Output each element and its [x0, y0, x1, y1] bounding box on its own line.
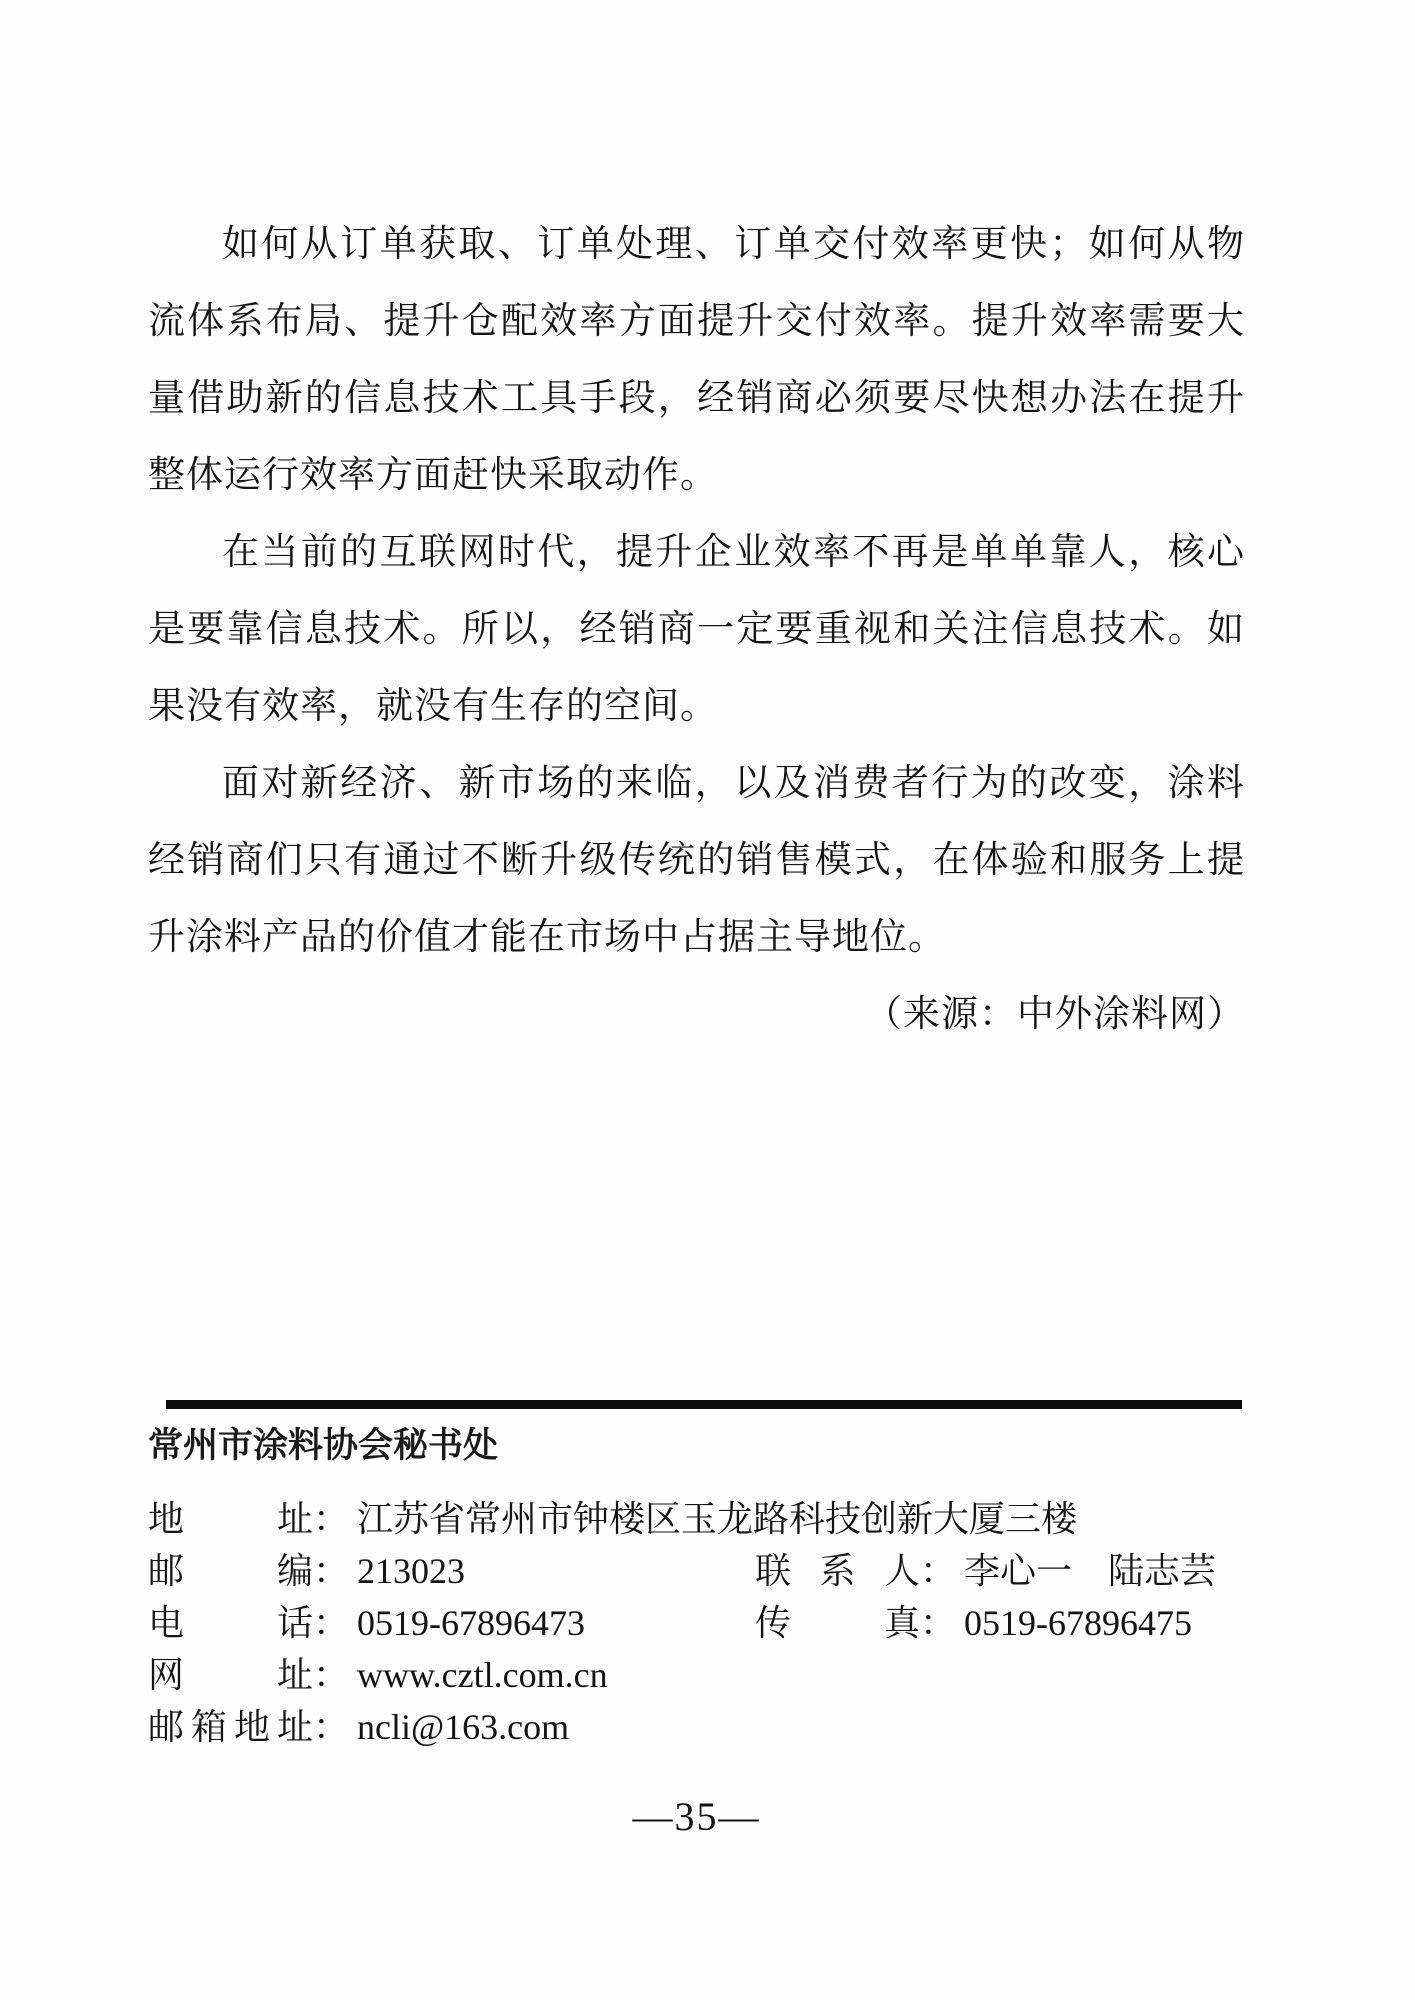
contact-label: 邮编 [148, 1545, 313, 1597]
contact-row-phone: 电话：0519-67896473 传真：0519-67896475 [148, 1597, 1245, 1649]
contact-value: 江苏省常州市钟楼区玉龙路科技创新大厦三楼 [357, 1493, 1077, 1545]
footer-divider [166, 1400, 1242, 1409]
contact-cell: 电话：0519-67896473 [148, 1597, 755, 1649]
contact-cell: 邮箱地址：ncli@163.com [148, 1701, 755, 1753]
page-number: —35— [148, 1792, 1245, 1842]
contact-cell: 地址：江苏省常州市钟楼区玉龙路科技创新大厦三楼 [148, 1493, 1077, 1545]
contact-label: 网址 [148, 1649, 313, 1701]
org-name: 常州市涂料协会秘书处 [148, 1423, 1245, 1469]
contact-label: 地址 [148, 1493, 313, 1545]
contact-value: 0519-67896475 [964, 1597, 1192, 1649]
colon: ： [313, 1545, 349, 1597]
contact-cell: 网址：www.cztl.com.cn [148, 1649, 755, 1701]
footer-contact-block: 常州市涂料协会秘书处 地址：江苏省常州市钟楼区玉龙路科技创新大厦三楼 邮编：21… [148, 1400, 1245, 1753]
paragraph: 在当前的互联网时代，提升企业效率不再是单单靠人，核心是要靠信息技术。所以，经销商… [148, 514, 1245, 745]
contact-label: 传真 [755, 1597, 920, 1649]
contact-value: ncli@163.com [357, 1701, 569, 1753]
contact-value: 0519-67896473 [357, 1597, 585, 1649]
colon: ： [313, 1649, 349, 1701]
contact-value: 李心一 陆志芸 [964, 1545, 1216, 1597]
contact-cell: 联系人：李心一 陆志芸 [755, 1545, 1216, 1597]
contact-row-address: 地址：江苏省常州市钟楼区玉龙路科技创新大厦三楼 [148, 1493, 1245, 1545]
colon: ： [313, 1701, 349, 1753]
body-text: 如何从订单获取、订单处理、订单交付效率更快；如何从物流体系布局、提升仓配效率方面… [148, 206, 1245, 1053]
colon: ： [313, 1493, 349, 1545]
contact-value: 213023 [357, 1545, 465, 1597]
colon: ： [920, 1545, 956, 1597]
paragraph: 如何从订单获取、订单处理、订单交付效率更快；如何从物流体系布局、提升仓配效率方面… [148, 206, 1245, 514]
contact-value: www.cztl.com.cn [357, 1649, 608, 1701]
paragraph: 面对新经济、新市场的来临，以及消费者行为的改变，涂料经销商们只有通过不断升级传统… [148, 745, 1245, 976]
source-attribution: （来源：中外涂料网） [148, 976, 1245, 1053]
contact-label: 电话 [148, 1597, 313, 1649]
contact-row-email: 邮箱地址：ncli@163.com [148, 1701, 1245, 1753]
contact-cell: 邮编：213023 [148, 1545, 755, 1597]
contact-row-postal: 邮编：213023 联系人：李心一 陆志芸 [148, 1545, 1245, 1597]
colon: ： [313, 1597, 349, 1649]
contact-label: 联系人 [755, 1545, 920, 1597]
document-page: 如何从订单获取、订单处理、订单交付效率更快；如何从物流体系布局、提升仓配效率方面… [0, 0, 1415, 2000]
contact-row-website: 网址：www.cztl.com.cn [148, 1649, 1245, 1701]
contact-label: 邮箱地址 [148, 1701, 313, 1753]
contact-cell: 传真：0519-67896475 [755, 1597, 1192, 1649]
contact-rows: 地址：江苏省常州市钟楼区玉龙路科技创新大厦三楼 邮编：213023 联系人：李心… [148, 1493, 1245, 1753]
colon: ： [920, 1597, 956, 1649]
